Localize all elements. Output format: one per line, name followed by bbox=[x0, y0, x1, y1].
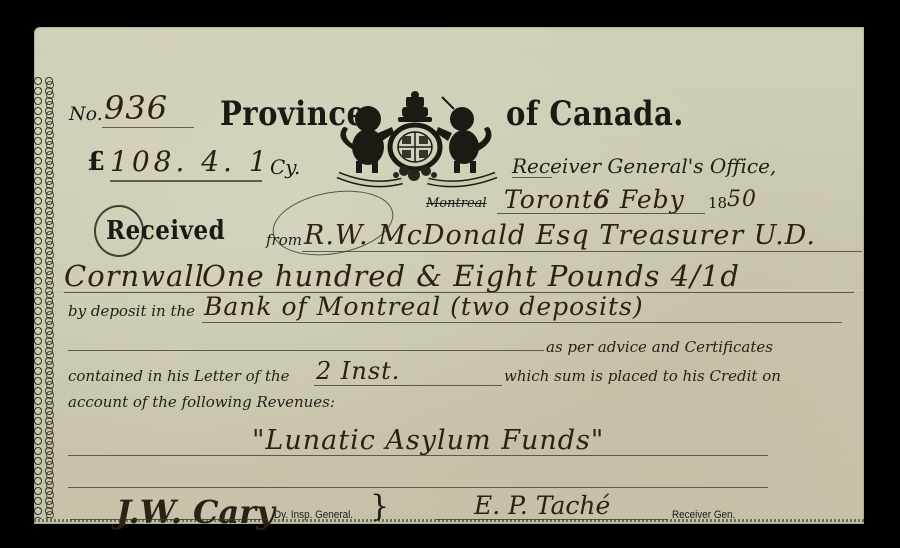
advice-text: as per advice and Certificates bbox=[546, 338, 773, 356]
pound-symbol: £ bbox=[87, 147, 105, 177]
receipt-number: 936 bbox=[104, 89, 168, 127]
place-printed-struck: Montreal bbox=[426, 196, 487, 211]
deposit-label: by deposit in the bbox=[68, 302, 195, 320]
letter-date: 2 Inst. bbox=[316, 357, 400, 385]
coat-of-arms-icon bbox=[332, 89, 502, 189]
revenue-underline-1 bbox=[68, 455, 768, 456]
office-name: Receiver General's Office, bbox=[512, 154, 776, 178]
from-label: from bbox=[266, 231, 302, 249]
signature-right-line bbox=[436, 519, 668, 520]
payer-name: R.W. McDonald Esq Treasurer U.D. bbox=[304, 220, 816, 251]
revenue-fund-name: "Lunatic Asylum Funds" bbox=[252, 425, 604, 456]
receiver-general-title: Receiver Gen. bbox=[672, 509, 735, 521]
signature-receiver-general: E. P. Taché bbox=[474, 491, 610, 520]
deputy-inspector-title: Dy. Insp. General. bbox=[274, 509, 353, 521]
document-viewer: No. 936 Province bbox=[0, 0, 900, 548]
date-underline bbox=[497, 213, 705, 214]
year-handwritten: 50 bbox=[727, 187, 757, 212]
letter-label: contained in his Letter of the bbox=[68, 367, 290, 385]
amount-underline bbox=[110, 180, 262, 182]
amount-figures: 108. 4. 1 bbox=[110, 145, 271, 178]
credit-text: which sum is placed to his Credit on bbox=[504, 367, 781, 385]
deposit-underline bbox=[202, 322, 842, 323]
number-label: No. bbox=[69, 103, 103, 125]
title-of-canada: of Canada. bbox=[506, 94, 684, 133]
deposit-bank: Bank of Montreal (two deposits) bbox=[204, 292, 644, 321]
payer-location: Cornwall bbox=[64, 259, 205, 293]
signature-left-line bbox=[70, 519, 268, 520]
signature-brace: } bbox=[370, 489, 389, 524]
payer-underline bbox=[302, 251, 862, 252]
guilloche-border-ornament-inner bbox=[45, 80, 57, 518]
date-handwritten: 6 Feby bbox=[594, 185, 685, 214]
revenues-label: account of the following Revenues: bbox=[68, 393, 335, 411]
year-printed: 18 bbox=[708, 194, 727, 212]
received-label: Received bbox=[106, 215, 225, 246]
number-underline bbox=[102, 127, 194, 128]
royal-coat-of-arms bbox=[332, 89, 502, 189]
office-underline bbox=[512, 177, 552, 178]
advice-leader-line bbox=[68, 350, 544, 351]
letter-date-underline bbox=[314, 385, 502, 386]
revenue-underline-2 bbox=[68, 487, 768, 488]
amount-in-words: One hundred & Eight Pounds 4/1d bbox=[202, 259, 740, 293]
signature-deputy-inspector: J.W. Cary bbox=[116, 493, 275, 531]
currency-abbrev: Cy. bbox=[270, 155, 300, 179]
receipt-paper: No. 936 Province bbox=[34, 27, 864, 524]
